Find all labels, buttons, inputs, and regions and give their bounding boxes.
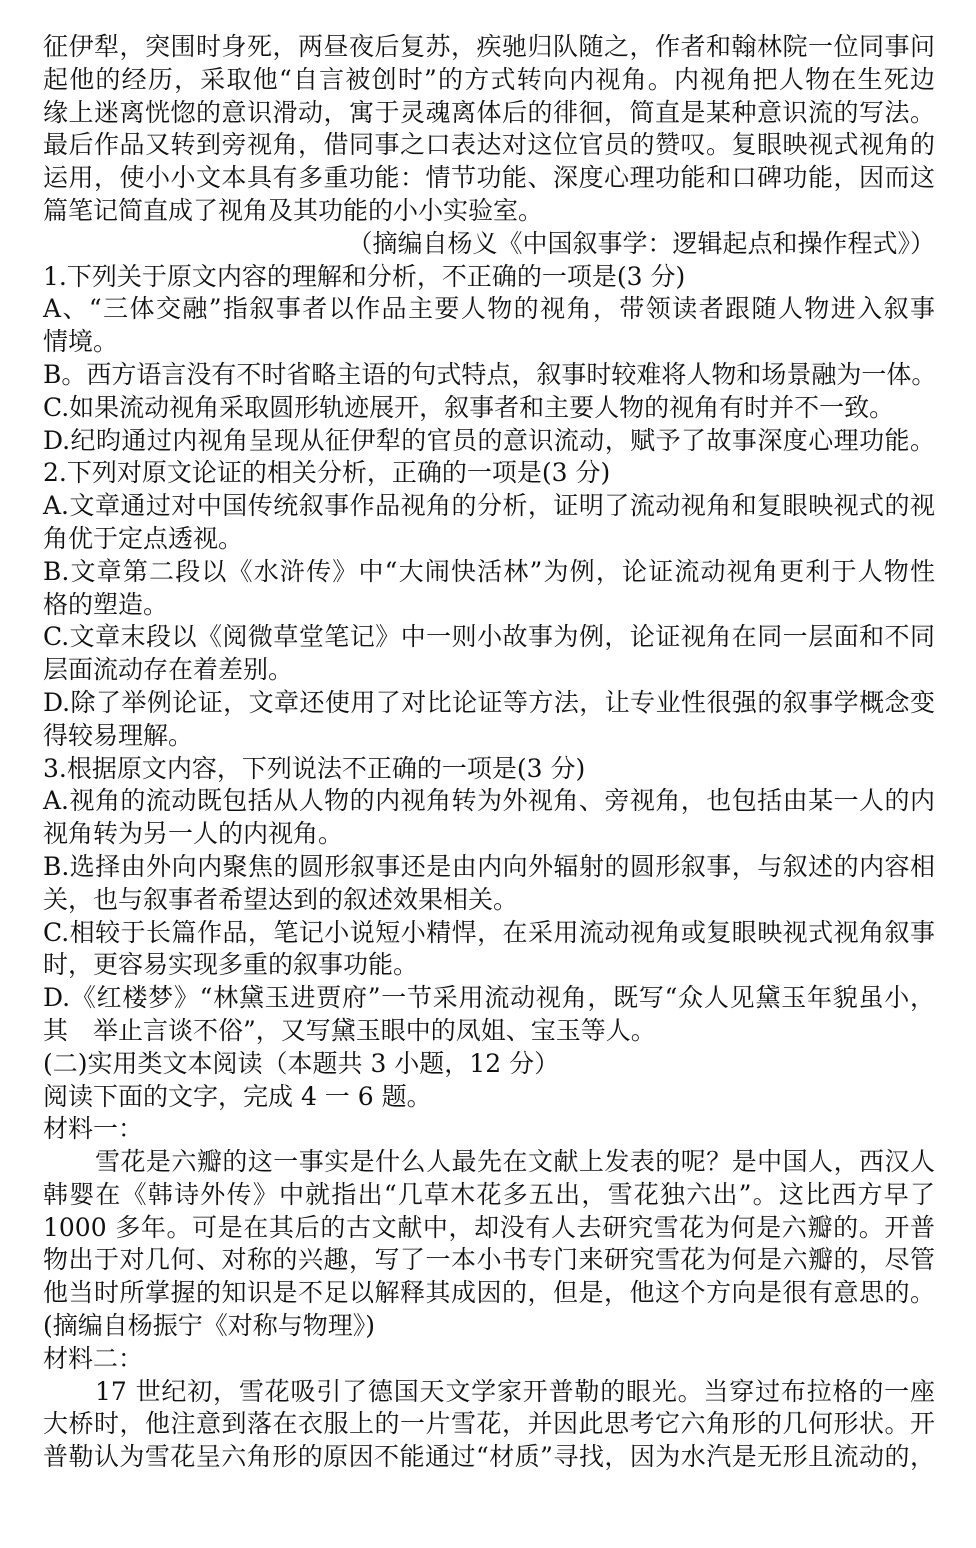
question-2: 2.下列对原文论证的相关分析，正确的一项是(3 分) A.文章通过对中国传统叙事… [43,457,935,752]
option-d: D.纪昀通过内视角呈现从征伊犁的官员的意识流动，赋予了故事深度心理功能。 [43,425,935,458]
option-c-cont: 层面流动存在着差别。 [43,654,935,687]
section-heading: (二)实用类文本阅读（本题共 3 小题，12 分） [43,1048,935,1081]
option-b: B.文章第二段以《水浒传》中“大闹快活林”为例，论证流动视角更利于人物性 [43,556,935,589]
option-a: A.文章通过对中国传统叙事作品视角的分析，证明了流动视角和复眼映视式的视 [43,490,935,523]
option-d-cont: 其 举止言谈不俗”，又写黛玉眼中的凤姐、宝玉等人。 [43,1015,935,1048]
option-c: C.文章末段以《阅微草堂笔记》中一则小故事为例，论证视角在同一层面和不同 [43,621,935,654]
text-line: 大桥时，他注意到落在衣服上的一片雪花，并因此思考它六角形的几何形状。开 [43,1408,935,1441]
question-stem: 2.下列对原文论证的相关分析，正确的一项是(3 分) [43,457,935,490]
text-line: 1000 多年。可是在其后的古文献中，却没有人去研究雪花为何是六瓣的。开普 [43,1212,935,1245]
option-b-cont: 关，也与叙事者希望达到的叙述效果相关。 [43,884,935,917]
question-stem: 1.下列关于原文内容的理解和分析，不正确的一项是(3 分) [43,261,935,294]
exam-page: 征伊犁，突围时身死，两昼夜后复苏，疾驰归队随之，作者和翰林院一位同事问 起他的经… [43,31,935,1474]
material-1: 材料一： 雪花是六瓣的这一事实是什么人最先在文献上发表的呢？是中国人，西汉人 韩… [43,1113,935,1343]
option-b-cont: 格的塑造。 [43,589,935,622]
text-line: 最后作品又转到旁视角，借同事之口表达对这位官员的赞叹。复眼映视式视角的 [43,129,935,162]
option-a: A、“三体交融”指叙事者以作品主要人物的视角，带领读者跟随人物进入叙事 [43,293,935,326]
section-instruction: 阅读下面的文字，完成 4 一 6 题。 [43,1081,935,1114]
text-line: 17 世纪初，雪花吸引了德国天文学家开普勒的眼光。当穿过布拉格的一座 [43,1376,935,1409]
text-line: 普勒认为雪花呈六角形的原因不能通过“材质”寻找，因为水汽是无形且流动的， [43,1441,935,1474]
question-1: 1.下列关于原文内容的理解和分析，不正确的一项是(3 分) A、“三体交融”指叙… [43,261,935,458]
text-line: 篇笔记简直成了视角及其功能的小小实验室。 [43,195,935,228]
option-d: D.《红楼梦》“林黛玉进贾府”一节采用流动视角，既写“众人见黛玉年貌虽小， [43,982,935,1015]
text-line: 韩婴在《韩诗外传》中就指出“几草木花多五出，雪花独六出”。这比西方早了 [43,1179,935,1212]
text-line: 运用，使小小文本具有多重功能：情节功能、深度心理功能和口碑功能，因而这 [43,162,935,195]
option-a-cont: 情境。 [43,326,935,359]
text-line: 起他的经历，采取他“自言被创时”的方式转向内视角。内视角把人物在生死边 [43,64,935,97]
option-a-cont: 角优于定点透视。 [43,523,935,556]
option-b: B。西方语言没有不时省略主语的句式特点，叙事时较难将人物和场景融为一体。 [43,359,935,392]
source-citation: （摘编自杨义《中国叙事学：逻辑起点和操作程式》） [43,228,935,261]
material-label: 材料二： [43,1343,935,1376]
option-c: C.相较于长篇作品，笔记小说短小精悍，在采用流动视角或复眼映视式视角叙事 [43,917,935,950]
option-a: A.视角的流动既包括从人物的内视角转为外视角、旁视角，也包括由某一人的内 [43,785,935,818]
question-stem: 3.根据原文内容，下列说法不正确的一项是(3 分) [43,753,935,786]
option-c: C.如果流动视角采取圆形轨迹展开，叙事者和主要人物的视角有时并不一致。 [43,392,935,425]
material-label: 材料一： [43,1113,935,1146]
section-2: (二)实用类文本阅读（本题共 3 小题，12 分） 阅读下面的文字，完成 4 一… [43,1048,935,1474]
option-d-cont: 得较易理解。 [43,720,935,753]
option-c-cont: 时，更容易实现多重的叙事功能。 [43,949,935,982]
text-line: 他当时所掌握的知识是不足以解释其成因的，但是，他这个方向是很有意思的。 [43,1277,935,1310]
option-a-cont: 视角转为另一人的内视角。 [43,818,935,851]
option-b: B.选择由外向内聚焦的圆形叙事还是由内向外辐射的圆形叙事，与叙述的内容相 [43,851,935,884]
text-line: 缘上迷离恍惚的意识滑动，寓于灵魂离体后的徘徊，简直是某种意识流的写法。 [43,97,935,130]
source-citation: (摘编自杨振宁《对称与物理》) [43,1310,935,1343]
option-d: D.除了举例论证，文章还使用了对比论证等方法，让专业性很强的叙事学概念变 [43,687,935,720]
material-2: 材料二： 17 世纪初，雪花吸引了德国天文学家开普勒的眼光。当穿过布拉格的一座 … [43,1343,935,1474]
question-3: 3.根据原文内容，下列说法不正确的一项是(3 分) A.视角的流动既包括从人物的… [43,753,935,1048]
text-line: 物出于对几何、对称的兴趣，写了一本小书专门来研究雪花为何是六瓣的，尽管 [43,1244,935,1277]
text-line: 征伊犁，突围时身死，两昼夜后复苏，疾驰归队随之，作者和翰林院一位同事问 [43,31,935,64]
passage-conclusion: 征伊犁，突围时身死，两昼夜后复苏，疾驰归队随之，作者和翰林院一位同事问 起他的经… [43,31,935,228]
text-line: 雪花是六瓣的这一事实是什么人最先在文献上发表的呢？是中国人，西汉人 [43,1146,935,1179]
